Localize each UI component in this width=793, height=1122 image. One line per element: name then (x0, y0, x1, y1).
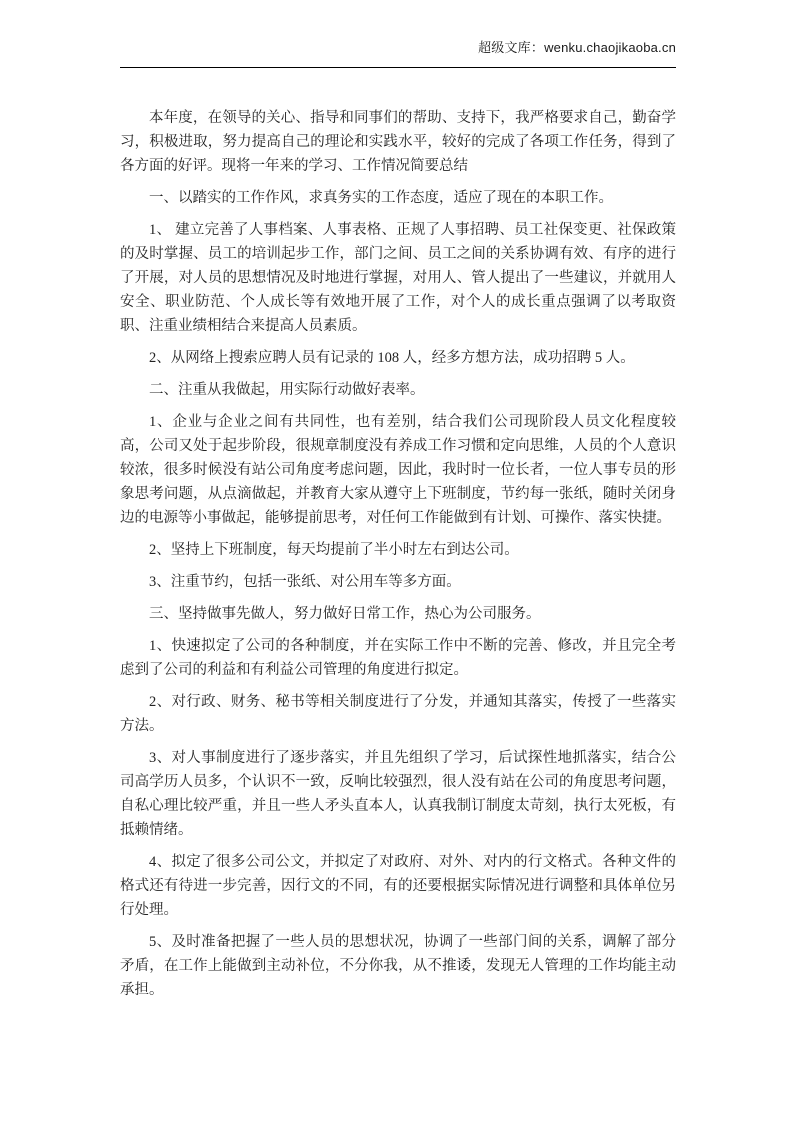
paragraph-2-3: 3、注重节约，包括一张纸、对公用车等多方面。 (120, 570, 676, 594)
paragraph-1-2: 2、从网络上搜索应聘人员有记录的 108 人，经多方想方法，成功招聘 5 人。 (120, 346, 676, 370)
paragraph-section-2: 二、注重从我做起，用实际行动做好表率。 (120, 378, 676, 402)
paragraph-intro: 本年度，在领导的关心、指导和同事们的帮助、支持下，我严格要求自己，勤奋学习，积极… (120, 106, 676, 178)
paragraph-3-5: 5、及时准备把握了一些人员的思想状况，协调了一些部门间的关系，调解了部分矛盾，在… (120, 930, 676, 1002)
paragraph-3-3: 3、对人事制度进行了逐步落实，并且先组织了学习，后试探性地抓落实，结合公司高学历… (120, 746, 676, 842)
paragraph-3-4: 4、拟定了很多公司公文，并拟定了对政府、对外、对内的行文格式。各种文件的格式还有… (120, 850, 676, 922)
document-body: 本年度，在领导的关心、指导和同事们的帮助、支持下，我严格要求自己，勤奋学习，积极… (120, 106, 676, 1002)
paragraph-2-1: 1、企业与企业之间有共同性，也有差别，结合我们公司现阶段人员文化程度较高，公司又… (120, 410, 676, 530)
page-header: 超级文库：wenku.chaojikaoba.cn (120, 38, 676, 68)
paragraph-3-1: 1、快速拟定了公司的各种制度，并在实际工作中不断的完善、修改，并且完全考虑到了公… (120, 634, 676, 682)
paragraph-2-2: 2、坚持上下班制度，每天均提前了半小时左右到达公司。 (120, 538, 676, 562)
document-page: 超级文库：wenku.chaojikaoba.cn 本年度，在领导的关心、指导和… (0, 0, 793, 1122)
paragraph-section-1: 一、以踏实的工作作风，求真务实的工作态度，适应了现在的本职工作。 (120, 186, 676, 210)
header-divider (120, 67, 676, 68)
paragraph-1-1: 1、 建立完善了人事档案、人事表格、正规了人事招聘、员工社保变更、社保政策的及时… (120, 218, 676, 338)
paragraph-3-2: 2、对行政、财务、秘书等相关制度进行了分发，并通知其落实，传授了一些落实方法。 (120, 690, 676, 738)
paragraph-section-3: 三、坚持做事先做人，努力做好日常工作，热心为公司服务。 (120, 602, 676, 626)
site-watermark: 超级文库：wenku.chaojikaoba.cn (120, 38, 676, 58)
